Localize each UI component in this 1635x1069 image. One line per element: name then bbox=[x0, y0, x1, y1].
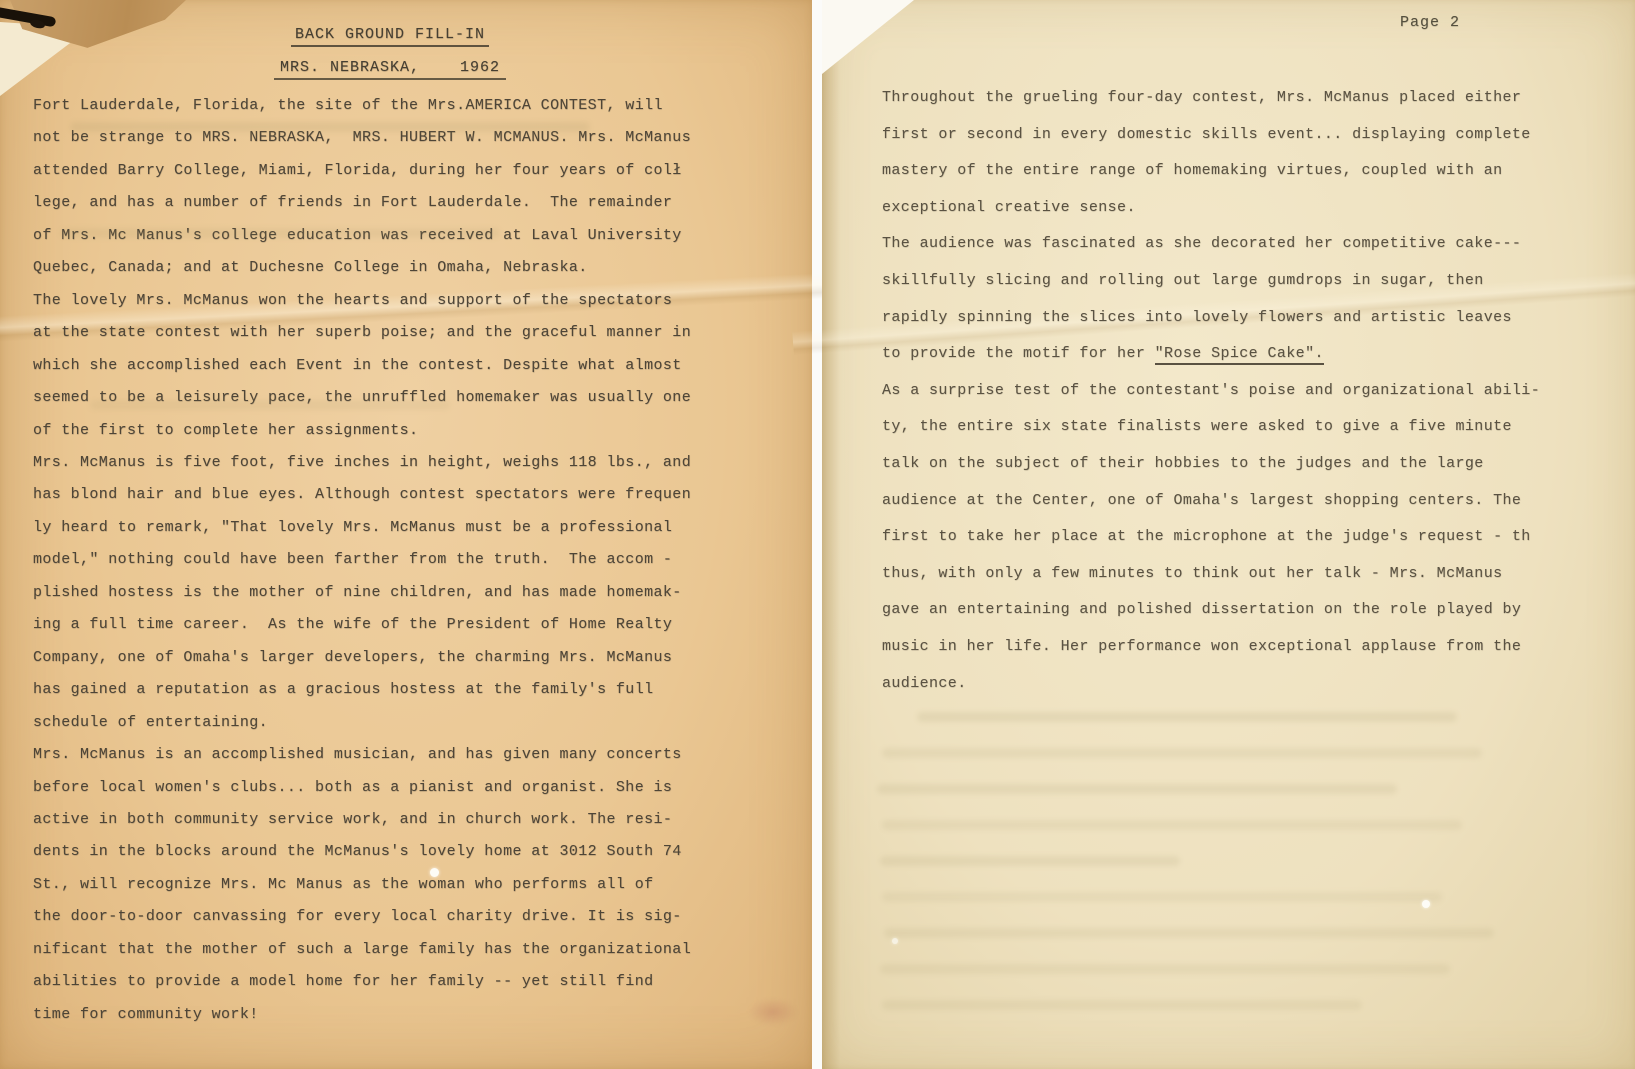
typed-line: time for community work! bbox=[33, 999, 691, 1031]
typed-line: schedule of entertaining. bbox=[33, 707, 691, 739]
typed-line: St., will recognize Mrs. Mc Manus as the… bbox=[33, 869, 691, 901]
typed-line: mastery of the entire range of homemakin… bbox=[882, 153, 1540, 190]
typed-line: Fort Lauderdale, Florida, the site of th… bbox=[33, 90, 691, 122]
bleed-through-line bbox=[877, 784, 1397, 794]
page-2-document: Page 2 Throughout the grueling four-day … bbox=[822, 0, 1635, 1069]
document-title: BACK GROUND FILL-IN bbox=[0, 26, 780, 47]
title-text: BACK GROUND FILL-IN bbox=[291, 26, 489, 47]
typed-line: plished hostess is the mother of nine ch… bbox=[33, 577, 691, 609]
typed-line: not be strange to MRS. NEBRASKA, MRS. HU… bbox=[33, 122, 691, 154]
bleed-through-line bbox=[880, 856, 1180, 866]
typed-line: Company, one of Omaha's larger developer… bbox=[33, 642, 691, 674]
typed-line: Mrs. McManus is five foot, five inches i… bbox=[33, 447, 691, 479]
typed-line: has blond hair and blue eyes. Although c… bbox=[33, 479, 691, 511]
page-1-document: BACK GROUND FILL-IN MRS. NEBRASKA, 1962 … bbox=[0, 0, 812, 1069]
bleed-through-line bbox=[884, 928, 1494, 938]
typed-line: first or second in every domestic skills… bbox=[882, 117, 1540, 154]
typed-line: The lovely Mrs. McManus won the hearts a… bbox=[33, 285, 691, 317]
typed-line: first to take her place at the microphon… bbox=[882, 519, 1540, 556]
typed-line: exceptional creative sense. bbox=[882, 190, 1540, 227]
page-1-text-body: Fort Lauderdale, Florida, the site of th… bbox=[33, 90, 691, 1031]
folded-corner bbox=[822, 0, 914, 74]
typed-line: active in both community service work, a… bbox=[33, 804, 691, 836]
typed-line: which she accomplished each Event in the… bbox=[33, 350, 691, 382]
typed-line: abilities to provide a model home for he… bbox=[33, 966, 691, 998]
typed-line: seemed to be a leisurely pace, the unruf… bbox=[33, 382, 691, 414]
typed-line: As a surprise test of the contestant's p… bbox=[882, 373, 1540, 410]
typed-line: audience at the Center, one of Omaha's l… bbox=[882, 483, 1540, 520]
typed-line: ly heard to remark, "That lovely Mrs. Mc… bbox=[33, 512, 691, 544]
typed-line: gave an entertaining and polished disser… bbox=[882, 592, 1540, 629]
typed-line: ing a full time career. As the wife of t… bbox=[33, 609, 691, 641]
subtitle-text: MRS. NEBRASKA, 1962 bbox=[274, 59, 506, 80]
typed-line: audience. bbox=[882, 666, 1540, 703]
typed-line: attended Barry College, Miami, Florida, … bbox=[33, 155, 691, 187]
typed-line: rapidly spinning the slices into lovely … bbox=[882, 300, 1540, 337]
bleed-through-line bbox=[882, 1000, 1362, 1010]
typed-line: skillfully slicing and rolling out large… bbox=[882, 263, 1540, 300]
paper-speck bbox=[1422, 900, 1430, 908]
paper-speck bbox=[892, 938, 898, 944]
bleed-through-line bbox=[917, 712, 1457, 722]
typed-line: Throughout the grueling four-day contest… bbox=[882, 80, 1540, 117]
document-subtitle: MRS. NEBRASKA, 1962 bbox=[0, 59, 780, 80]
pink-smudge bbox=[748, 998, 798, 1026]
bleed-through-line bbox=[882, 820, 1462, 830]
page-edge-shadow bbox=[822, 0, 840, 1069]
typed-line: The audience was fascinated as she decor… bbox=[882, 226, 1540, 263]
typed-line: at the state contest with her superb poi… bbox=[33, 317, 691, 349]
page-number: Page 2 bbox=[1400, 14, 1460, 31]
typed-line: of Mrs. Mc Manus's college education was… bbox=[33, 220, 691, 252]
text-segment: to provide the motif for her bbox=[882, 345, 1155, 362]
typed-line: music in her life. Her performance won e… bbox=[882, 629, 1540, 666]
typed-line: dents in the blocks around the McManus's… bbox=[33, 836, 691, 868]
bleed-through-line bbox=[880, 964, 1450, 974]
bleed-through-line bbox=[882, 748, 1482, 758]
typed-line: the door-to-door canvassing for every lo… bbox=[33, 901, 691, 933]
typed-line: of the first to complete her assignments… bbox=[33, 415, 691, 447]
typed-line: to provide the motif for her "Rose Spice… bbox=[882, 336, 1540, 373]
typed-line: nificant that the mother of such a large… bbox=[33, 934, 691, 966]
paper-speck bbox=[430, 868, 439, 877]
page-2-text-body: Throughout the grueling four-day contest… bbox=[882, 80, 1540, 702]
underlined-text: "Rose Spice Cake". bbox=[1155, 345, 1324, 365]
bleed-through-line bbox=[882, 892, 1442, 902]
typed-line: model," nothing could have been farther … bbox=[33, 544, 691, 576]
typed-line: lege, and has a number of friends in For… bbox=[33, 187, 691, 219]
typed-line: ty, the entire six state finalists were … bbox=[882, 409, 1540, 446]
typed-line: before local women's clubs... both as a … bbox=[33, 772, 691, 804]
typed-line: talk on the subject of their hobbies to … bbox=[882, 446, 1540, 483]
typed-line: has gained a reputation as a gracious ho… bbox=[33, 674, 691, 706]
typed-line: Mrs. McManus is an accomplished musician… bbox=[33, 739, 691, 771]
typed-line: thus, with only a few minutes to think o… bbox=[882, 556, 1540, 593]
typed-line: Quebec, Canada; and at Duchesne College … bbox=[33, 252, 691, 284]
